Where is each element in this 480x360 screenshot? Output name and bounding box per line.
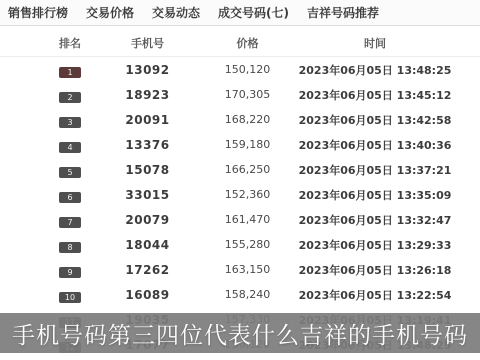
rank-badge: 2 xyxy=(59,92,81,103)
phone-number-cell: 18044 xyxy=(95,238,200,252)
phone-number-cell: 33015 xyxy=(95,188,200,202)
rank-badge: 1 xyxy=(59,67,81,78)
rank-cell: 1 xyxy=(45,60,95,79)
price-cell: 155,280 xyxy=(200,238,295,251)
time-cell: 2023年06月05日 13:32:47 xyxy=(295,212,455,228)
rank-cell: 4 xyxy=(45,135,95,154)
price-cell: 166,250 xyxy=(200,163,295,176)
nav-tab-2[interactable]: 交易动态 xyxy=(152,4,200,21)
price-cell: 158,240 xyxy=(200,288,295,301)
time-cell: 2023年06月05日 13:48:25 xyxy=(295,62,455,78)
nav-tab-3[interactable]: 成交号码(七) xyxy=(218,4,289,21)
rank-cell: 8 xyxy=(45,235,95,254)
price-cell: 170,305 xyxy=(200,88,295,101)
phone-number-cell: 13376 xyxy=(95,138,200,152)
nav-tab-0[interactable]: 销售排行榜 xyxy=(8,4,68,21)
rank-badge: 7 xyxy=(59,217,81,228)
price-cell: 159,180 xyxy=(200,138,295,151)
phone-number-cell: 16089 xyxy=(95,288,200,302)
table-row[interactable]: 633015152,3602023年06月05日 13:35:09 xyxy=(0,182,480,207)
rank-cell: 10 xyxy=(45,285,95,304)
rank-badge: 4 xyxy=(59,142,81,153)
rank-cell: 2 xyxy=(45,85,95,104)
nav-tab-1[interactable]: 交易价格 xyxy=(86,4,134,21)
table-header-row: 排名手机号价格时间 xyxy=(0,30,480,57)
table-row[interactable]: 413376159,1802023年06月05日 13:40:36 xyxy=(0,132,480,157)
column-header-1: 手机号 xyxy=(95,35,200,51)
phone-number-cell: 18923 xyxy=(95,88,200,102)
price-cell: 161,470 xyxy=(200,213,295,226)
column-header-2: 价格 xyxy=(200,35,295,51)
column-header-3: 时间 xyxy=(295,35,455,51)
rank-cell: 7 xyxy=(45,210,95,229)
time-cell: 2023年06月05日 13:45:12 xyxy=(295,87,455,103)
table-row[interactable]: 515078166,2502023年06月05日 13:37:21 xyxy=(0,157,480,182)
caption-title: 手机号码第三四位代表什么吉祥的手机号码 xyxy=(12,317,468,350)
phone-number-cell: 17262 xyxy=(95,263,200,277)
time-cell: 2023年06月05日 13:42:58 xyxy=(295,112,455,128)
rank-badge: 6 xyxy=(59,192,81,203)
table-row[interactable]: 917262163,1502023年06月05日 13:26:18 xyxy=(0,257,480,282)
time-cell: 2023年06月05日 13:29:33 xyxy=(295,237,455,253)
price-cell: 163,150 xyxy=(200,263,295,276)
caption-overlay: 手机号码第三四位代表什么吉祥的手机号码 xyxy=(0,313,480,353)
rank-badge: 5 xyxy=(59,167,81,178)
time-cell: 2023年06月05日 13:37:21 xyxy=(295,162,455,178)
phone-number-cell: 20091 xyxy=(95,113,200,127)
rank-badge: 10 xyxy=(59,292,81,303)
top-navbar: 销售排行榜交易价格交易动态成交号码(七)吉祥号码推荐 xyxy=(0,0,480,26)
table-row[interactable]: 818044155,2802023年06月05日 13:29:33 xyxy=(0,232,480,257)
phone-number-cell: 20079 xyxy=(95,213,200,227)
time-cell: 2023年06月05日 13:40:36 xyxy=(295,137,455,153)
price-cell: 168,220 xyxy=(200,113,295,126)
rank-cell: 5 xyxy=(45,160,95,179)
time-cell: 2023年06月05日 13:35:09 xyxy=(295,187,455,203)
rank-badge: 3 xyxy=(59,117,81,128)
table-row[interactable]: 1016089158,2402023年06月05日 13:22:54 xyxy=(0,282,480,307)
nav-tab-4[interactable]: 吉祥号码推荐 xyxy=(307,4,379,21)
time-cell: 2023年06月05日 13:26:18 xyxy=(295,262,455,278)
price-cell: 152,360 xyxy=(200,188,295,201)
time-cell: 2023年06月05日 13:22:54 xyxy=(295,287,455,303)
rank-cell: 3 xyxy=(45,110,95,129)
price-cell: 150,120 xyxy=(200,63,295,76)
number-ranking-table: 排名手机号价格时间 113092150,1202023年06月05日 13:48… xyxy=(0,30,480,357)
rank-cell: 9 xyxy=(45,260,95,279)
table-row[interactable]: 218923170,3052023年06月05日 13:45:12 xyxy=(0,82,480,107)
rank-cell: 6 xyxy=(45,185,95,204)
rank-badge: 9 xyxy=(59,267,81,278)
table-row[interactable]: 113092150,1202023年06月05日 13:48:25 xyxy=(0,57,480,82)
table-body: 113092150,1202023年06月05日 13:48:252189231… xyxy=(0,57,480,357)
column-header-0: 排名 xyxy=(45,35,95,51)
table-row[interactable]: 720079161,4702023年06月05日 13:32:47 xyxy=(0,207,480,232)
phone-number-cell: 15078 xyxy=(95,163,200,177)
rank-badge: 8 xyxy=(59,242,81,253)
table-row[interactable]: 320091168,2202023年06月05日 13:42:58 xyxy=(0,107,480,132)
phone-number-cell: 13092 xyxy=(95,63,200,77)
